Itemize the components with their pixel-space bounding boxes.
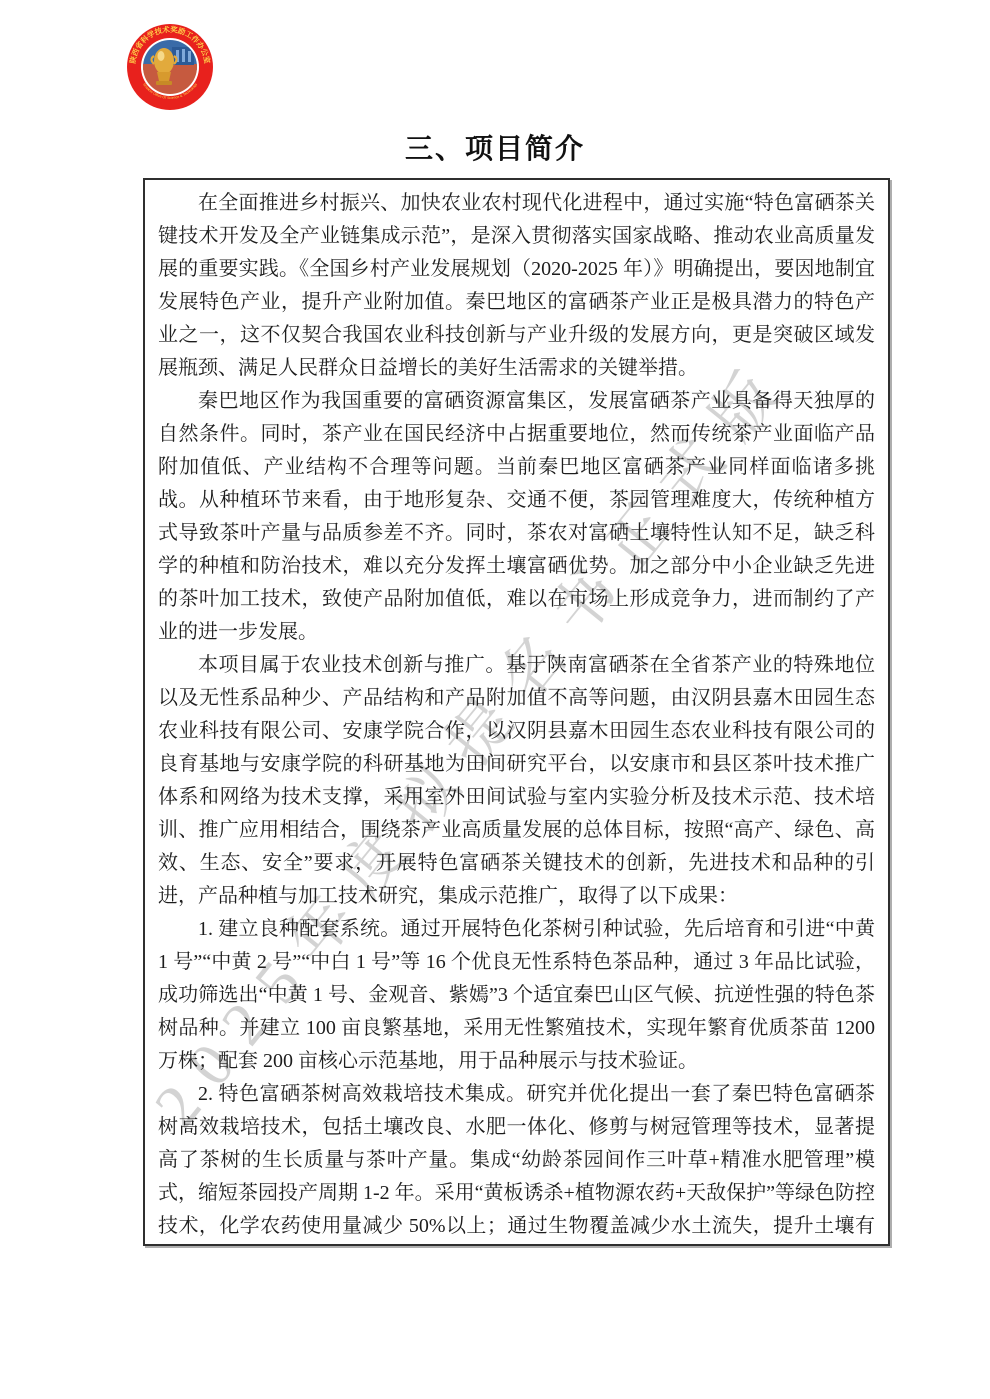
project-intro-box: 在全面推进乡村振兴、加快农业农村现代化进程中，通过实施“特色富硒茶关键技术开发及…	[143, 178, 890, 1246]
seal-logo-graphic: 陕西省科学技术奖励工作办公室 Shaanxi Office Of Science…	[126, 23, 214, 111]
award-office-seal-logo: 陕西省科学技术奖励工作办公室 Shaanxi Office Of Science…	[126, 23, 214, 111]
paragraph-result-2: 2. 特色富硒茶树高效栽培技术集成。研究并优化提出一套了秦巴特色富硒茶树高效栽培…	[158, 1078, 875, 1246]
seal-emblem-image	[143, 40, 197, 94]
document-page: { "page": { "title": "三、项目简介" }, "logo":…	[0, 0, 990, 1399]
paragraph-result-1: 1. 建立良种配套系统。通过开展特色化茶树引种试验，先后培育和引进“中黄 1 号…	[158, 913, 875, 1078]
page-title: 三、项目简介	[0, 127, 990, 167]
paragraph-overview: 在全面推进乡村振兴、加快农业农村现代化进程中，通过实施“特色富硒茶关键技术开发及…	[158, 187, 875, 385]
paragraph-background: 秦巴地区作为我国重要的富硒资源富集区，发展富硒茶产业具备得天独厚的自然条件。同时…	[158, 385, 875, 649]
paragraph-project-approach: 本项目属于农业技术创新与推广。基于陕南富硒茶在全省茶产业的特殊地位以及无性系品种…	[158, 649, 875, 913]
